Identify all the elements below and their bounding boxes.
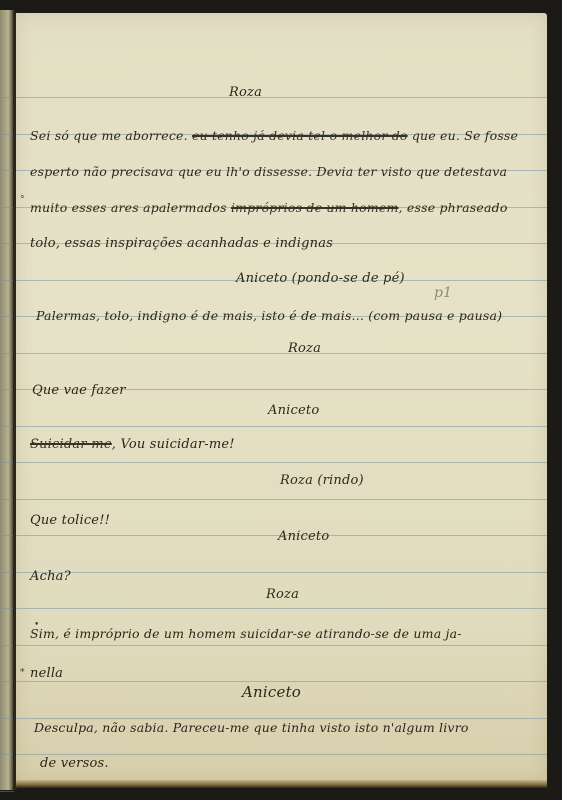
speaker-label: Aniceto bbox=[268, 403, 319, 418]
speaker-label: Aniceto bbox=[278, 529, 329, 544]
ruled-line bbox=[0, 572, 14, 573]
struck-text: Suicidar-me bbox=[30, 437, 112, 452]
ruled-line bbox=[16, 754, 547, 755]
text-segment: que eu. Se fosse bbox=[408, 128, 519, 143]
dialogue-line: de versos. bbox=[40, 756, 109, 771]
ruled-line bbox=[0, 718, 14, 719]
speaker-label: Aniceto (pondo-se de pé) bbox=[236, 271, 405, 286]
ruled-line bbox=[0, 535, 14, 536]
dialogue-line: Palermas, tolo, indigno é de mais, isto … bbox=[36, 308, 502, 323]
text-segment: muito esses ares apalermados bbox=[30, 200, 231, 215]
dialogue-line: esperto não precisava que eu lh'o disses… bbox=[30, 164, 507, 179]
ruled-line bbox=[16, 97, 547, 98]
ruled-line bbox=[0, 243, 14, 244]
ruled-line bbox=[0, 207, 14, 208]
dialogue-line: Que tolice!! bbox=[30, 513, 110, 528]
ruled-line bbox=[0, 681, 14, 682]
ruled-line bbox=[0, 645, 14, 646]
page-bottom-edge bbox=[16, 780, 547, 788]
dialogue-line: Sei só que me aborrece. eu tenho já devi… bbox=[30, 128, 518, 143]
speaker-label: Roza bbox=[266, 587, 299, 602]
dialogue-line: Acha? bbox=[30, 569, 71, 584]
ruled-line bbox=[0, 316, 14, 317]
margin-mark: • bbox=[34, 620, 39, 630]
margin-mark: * bbox=[20, 668, 25, 678]
speaker-label: Aniceto bbox=[242, 683, 301, 701]
dialogue-line: nella bbox=[30, 666, 63, 681]
ruled-line bbox=[16, 426, 547, 427]
ruled-line bbox=[16, 353, 547, 354]
ruled-line bbox=[16, 645, 547, 646]
speaker-label: Roza bbox=[288, 341, 321, 356]
adjacent-page-edge bbox=[0, 10, 14, 790]
struck-text: impróprios de um homem bbox=[231, 200, 399, 215]
ruled-line bbox=[0, 280, 14, 281]
ruled-line bbox=[16, 462, 547, 463]
ruled-line bbox=[16, 499, 547, 500]
dialogue-line: Sim, é impróprio de um homem suicidar-se… bbox=[30, 626, 462, 641]
text-segment: , Vou suicidar-me! bbox=[112, 437, 235, 452]
ruled-line bbox=[0, 389, 14, 390]
text-segment: , esse phraseado bbox=[399, 200, 508, 215]
dialogue-line: Desculpa, não sabia. Pareceu-me que tinh… bbox=[34, 720, 469, 735]
ruled-line bbox=[16, 572, 547, 573]
text-segment: Sei só que me aborrece. bbox=[30, 128, 192, 143]
margin-annotation: p1 bbox=[434, 285, 452, 301]
ruled-line bbox=[0, 462, 14, 463]
ruled-line bbox=[0, 134, 14, 135]
ruled-line bbox=[0, 170, 14, 171]
ruled-line bbox=[0, 754, 14, 755]
dialogue-line: tolo, essas inspirações acanhadas e indi… bbox=[30, 236, 333, 251]
speaker-label: Roza (rindo) bbox=[280, 473, 364, 488]
dialogue-line: muito esses ares apalermados impróprios … bbox=[30, 200, 508, 215]
ruled-line bbox=[0, 791, 14, 792]
ruled-line bbox=[0, 608, 14, 609]
dialogue-line: Suicidar-me, Vou suicidar-me! bbox=[30, 437, 235, 452]
margin-mark: ° bbox=[20, 195, 25, 205]
struck-text: eu tenho já devia tel-o melhor do bbox=[192, 128, 408, 143]
ruled-line bbox=[0, 353, 14, 354]
ruled-line bbox=[16, 718, 547, 719]
manuscript-page: Roza Sei só que me aborrece. eu tenho já… bbox=[16, 13, 547, 786]
speaker-label: Roza bbox=[229, 85, 262, 100]
ruled-line bbox=[0, 499, 14, 500]
ruled-line bbox=[16, 608, 547, 609]
ruled-line bbox=[0, 97, 14, 98]
dialogue-line: Que vae fazer bbox=[32, 383, 126, 398]
ruled-line bbox=[16, 681, 547, 682]
ruled-line bbox=[0, 426, 14, 427]
